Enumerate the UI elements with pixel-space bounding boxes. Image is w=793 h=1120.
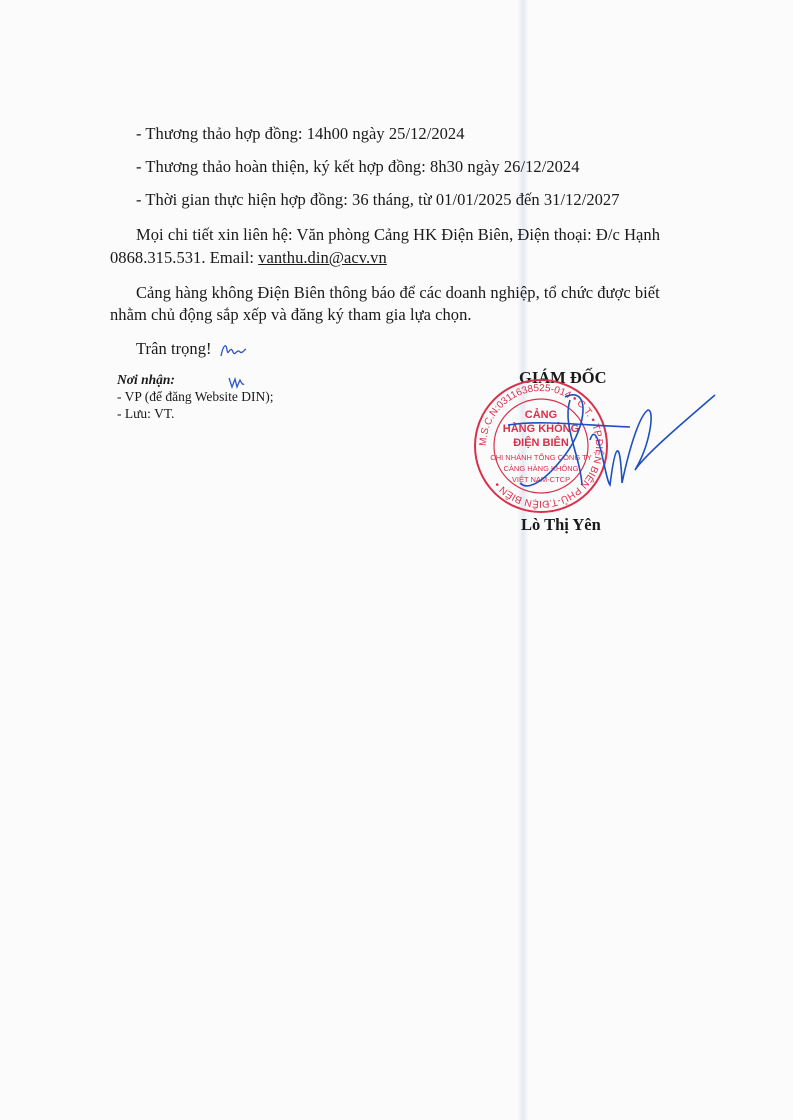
schedule-item-duration: - Thời gian thực hiện hợp đồng: 36 tháng… [136,190,620,210]
contact-line-1: Mọi chi tiết xin liên hệ: Văn phòng Cảng… [136,225,660,245]
contact-line-2: 0868.315.531. Email: vanthu.din@acv.vn [110,248,387,268]
schedule-item-signing: - Thương thảo hoàn thiện, ký kết hợp đồn… [136,157,580,177]
recipient-item: - VP (để đăng Website DIN); [117,389,274,405]
signatory-name: Lò Thị Yên [521,515,601,535]
recipients-heading: Nơi nhận: [117,372,175,388]
contact-phone: 0868.315.531. Email: [110,248,258,267]
notice-line-2: nhằm chủ động sắp xếp và đăng ký tham gi… [110,305,472,325]
notice-line-1: Cảng hàng không Điện Biên thông báo để c… [136,283,660,303]
schedule-item-negotiation: - Thương thảo hợp đồng: 14h00 ngày 25/12… [136,124,465,144]
handwritten-initial-icon [218,338,248,360]
recipient-item: - Lưu: VT. [117,406,174,422]
closing-text: Trân trọng! [136,339,212,359]
handwritten-signature-icon [470,385,720,495]
handwritten-initial-icon [226,375,246,391]
contact-email-link[interactable]: vanthu.din@acv.vn [258,248,387,267]
